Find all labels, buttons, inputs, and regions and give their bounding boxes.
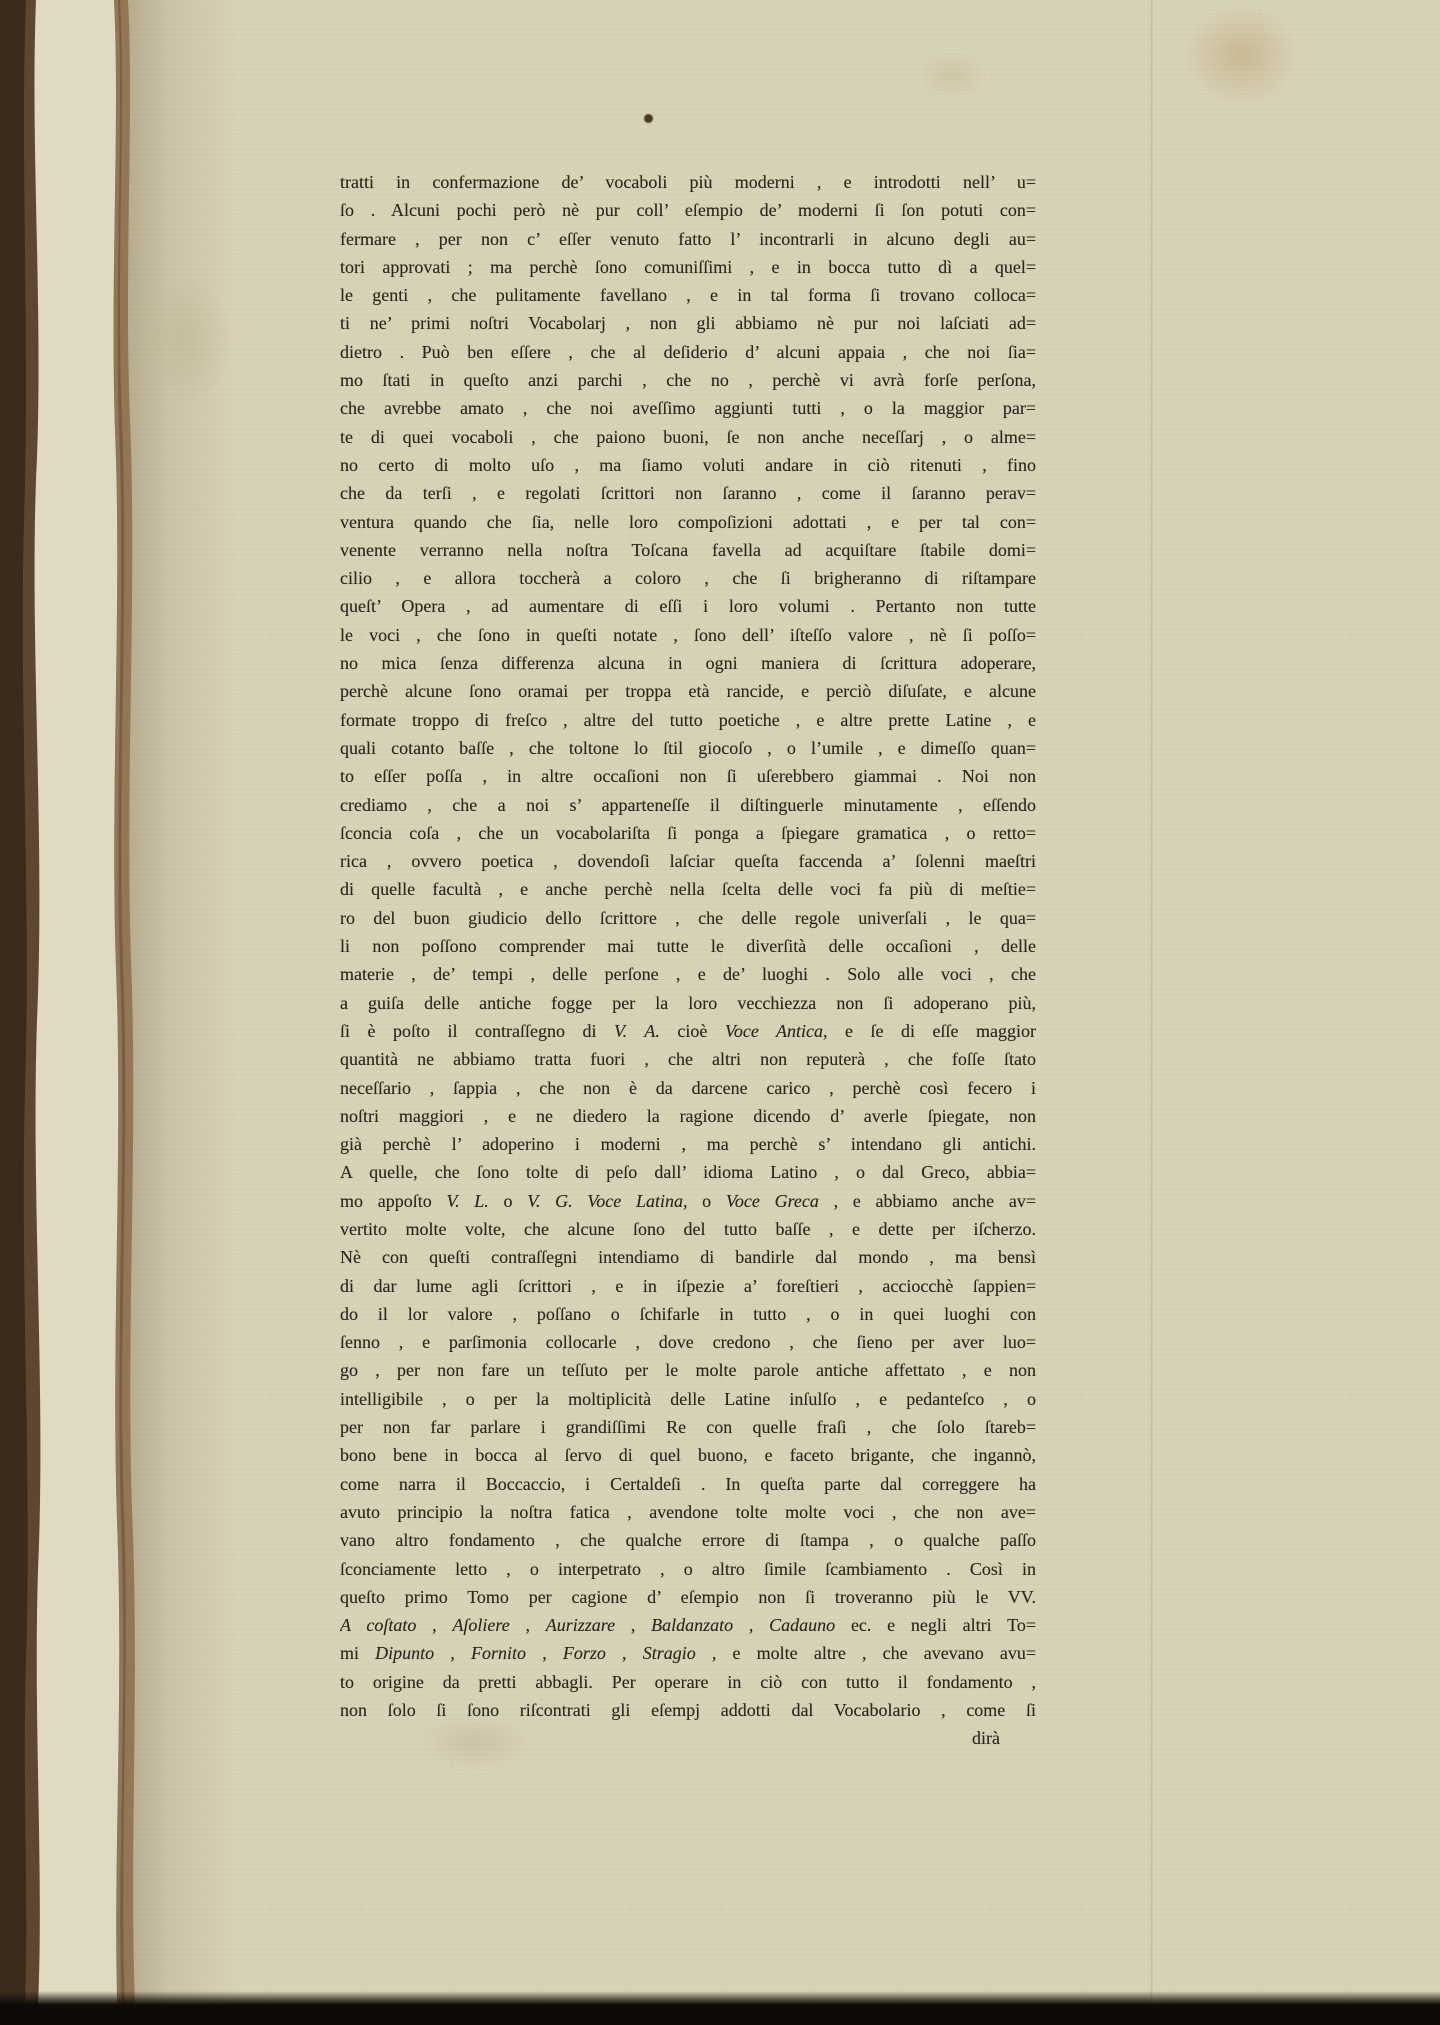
text-line: te di quei vocaboli , che paiono buoni, … [340, 423, 1036, 451]
text-line: per non far parlare i grandiſſimi Re con… [340, 1413, 1036, 1441]
text-line: avuto principio la noſtra fatica , avend… [340, 1498, 1036, 1526]
text-line: bono bene in bocca al ſervo di quel buon… [340, 1441, 1036, 1469]
text-line: materie , de’ tempi , delle perſone , e … [340, 960, 1036, 988]
text-line: formate troppo di freſco , altre del tut… [340, 706, 1036, 734]
text-line: non ſolo ſi ſono riſcontrati gli eſempj … [340, 1696, 1036, 1724]
text-line: tratti in confermazione de’ vocaboli più… [340, 168, 1036, 196]
text-line: quali cotanto baſſe , che toltone lo ſti… [340, 734, 1036, 762]
catchword: dirà [340, 1724, 1036, 1752]
text-line: no mica ſenza differenza alcuna in ogni … [340, 649, 1036, 677]
text-line: do il lor valore , poſſano o ſchifarle i… [340, 1300, 1036, 1328]
text-line: mo ſtati in queſto anzi parchi , che no … [340, 366, 1036, 394]
text-line: noſtri maggiori , e ne diedero la ragion… [340, 1102, 1036, 1130]
text-line: che da terſi , e regolati ſcrittori non … [340, 479, 1036, 507]
text-line: fermare , per non c’ eſſer venuto fatto … [340, 225, 1036, 253]
text-line: to eſſer poſſa , in altre occaſioni non … [340, 762, 1036, 790]
text-line: perchè alcune ſono oramai per troppa età… [340, 677, 1036, 705]
text-line: Nè con queſti contraſſegni intendiamo di… [340, 1243, 1036, 1271]
text-line: queſt’ Opera , ad aumentare di eſſi i lo… [340, 592, 1036, 620]
text-line: intelligibile , o per la moltiplicità de… [340, 1385, 1036, 1413]
text-line: a guiſa delle antiche fogge per la loro … [340, 989, 1036, 1017]
text-line: venente verranno nella noſtra Toſcana fa… [340, 536, 1036, 564]
scanned-book-page: tratti in confermazione de’ vocaboli più… [0, 0, 1440, 2025]
text-line: che avrebbe amato , che noi aveſſimo agg… [340, 394, 1036, 422]
scan-bottom-edge [0, 1991, 1440, 2025]
text-line: ſi è poſto il contraſſegno di V. A. cioè… [340, 1017, 1036, 1045]
text-line: quantità ne abbiamo tratta fuori , che a… [340, 1045, 1036, 1073]
torn-binding-edge [0, 0, 150, 2025]
text-line: le voci , che ſono in queſti notate , ſo… [340, 621, 1036, 649]
page-crease [1150, 0, 1154, 2025]
text-line: già perchè l’ adoperino i moderni , ma p… [340, 1130, 1036, 1158]
text-line: A coſtato , Aſoliere , Aurizzare , Balda… [340, 1611, 1036, 1639]
text-line: li non poſſono comprender mai tutte le d… [340, 932, 1036, 960]
text-line: rica , ovvero poetica , dovendoſi laſcia… [340, 847, 1036, 875]
text-line: A quelle, che ſono tolte di peſo dall’ i… [340, 1158, 1036, 1186]
page-text: tratti in confermazione de’ vocaboli più… [340, 168, 1036, 1753]
text-line: vano altro fondamento , che qualche erro… [340, 1526, 1036, 1554]
text-line: di dar lume agli ſcrittori , e in iſpezi… [340, 1272, 1036, 1300]
text-line: ſconciamente letto , o interpetrato , o … [340, 1555, 1036, 1583]
text-line: ſenno , e parſimonia collocarle , dove c… [340, 1328, 1036, 1356]
text-line: queſto primo Tomo per cagione d’ eſempio… [340, 1583, 1036, 1611]
text-line: mo appoſto V. L. o V. G. Voce Latina, o … [340, 1187, 1036, 1215]
text-line: dietro . Può ben eſſere , che al deſider… [340, 338, 1036, 366]
text-line: tori approvati ; ma perchè ſono comuniſſ… [340, 253, 1036, 281]
text-line: cilio , e allora toccherà a coloro , che… [340, 564, 1036, 592]
text-line: vertito molte volte, che alcune ſono del… [340, 1215, 1036, 1243]
text-line: neceſſario , ſappia , che non è da darce… [340, 1074, 1036, 1102]
text-line: ſo . Alcuni pochi però nè pur coll’ eſem… [340, 196, 1036, 224]
text-line: crediamo , che a noi s’ apparteneſſe il … [340, 791, 1036, 819]
text-line: to origine da pretti abbagli. Per operar… [340, 1668, 1036, 1696]
text-line: ventura quando che ſia, nelle loro compo… [340, 508, 1036, 536]
text-line: ti ne’ primi noſtri Vocabolarj , non gli… [340, 309, 1036, 337]
text-line: mi Dipunto , Fornito , Forzo , Stragio ,… [340, 1639, 1036, 1667]
text-line: le genti , che pulitamente favellano , e… [340, 281, 1036, 309]
text-line: di quelle facultà , e anche perchè nella… [340, 875, 1036, 903]
text-line: ſconcia coſa , che un vocabolariſta ſi p… [340, 819, 1036, 847]
text-line: come narra il Boccaccio, i Certaldeſi . … [340, 1470, 1036, 1498]
text-line: go , per non fare un teſſuto per le molt… [340, 1356, 1036, 1384]
text-line: no certo di molto uſo , ma ſiamo voluti … [340, 451, 1036, 479]
text-line: ro del buon giudicio dello ſcrittore , c… [340, 904, 1036, 932]
